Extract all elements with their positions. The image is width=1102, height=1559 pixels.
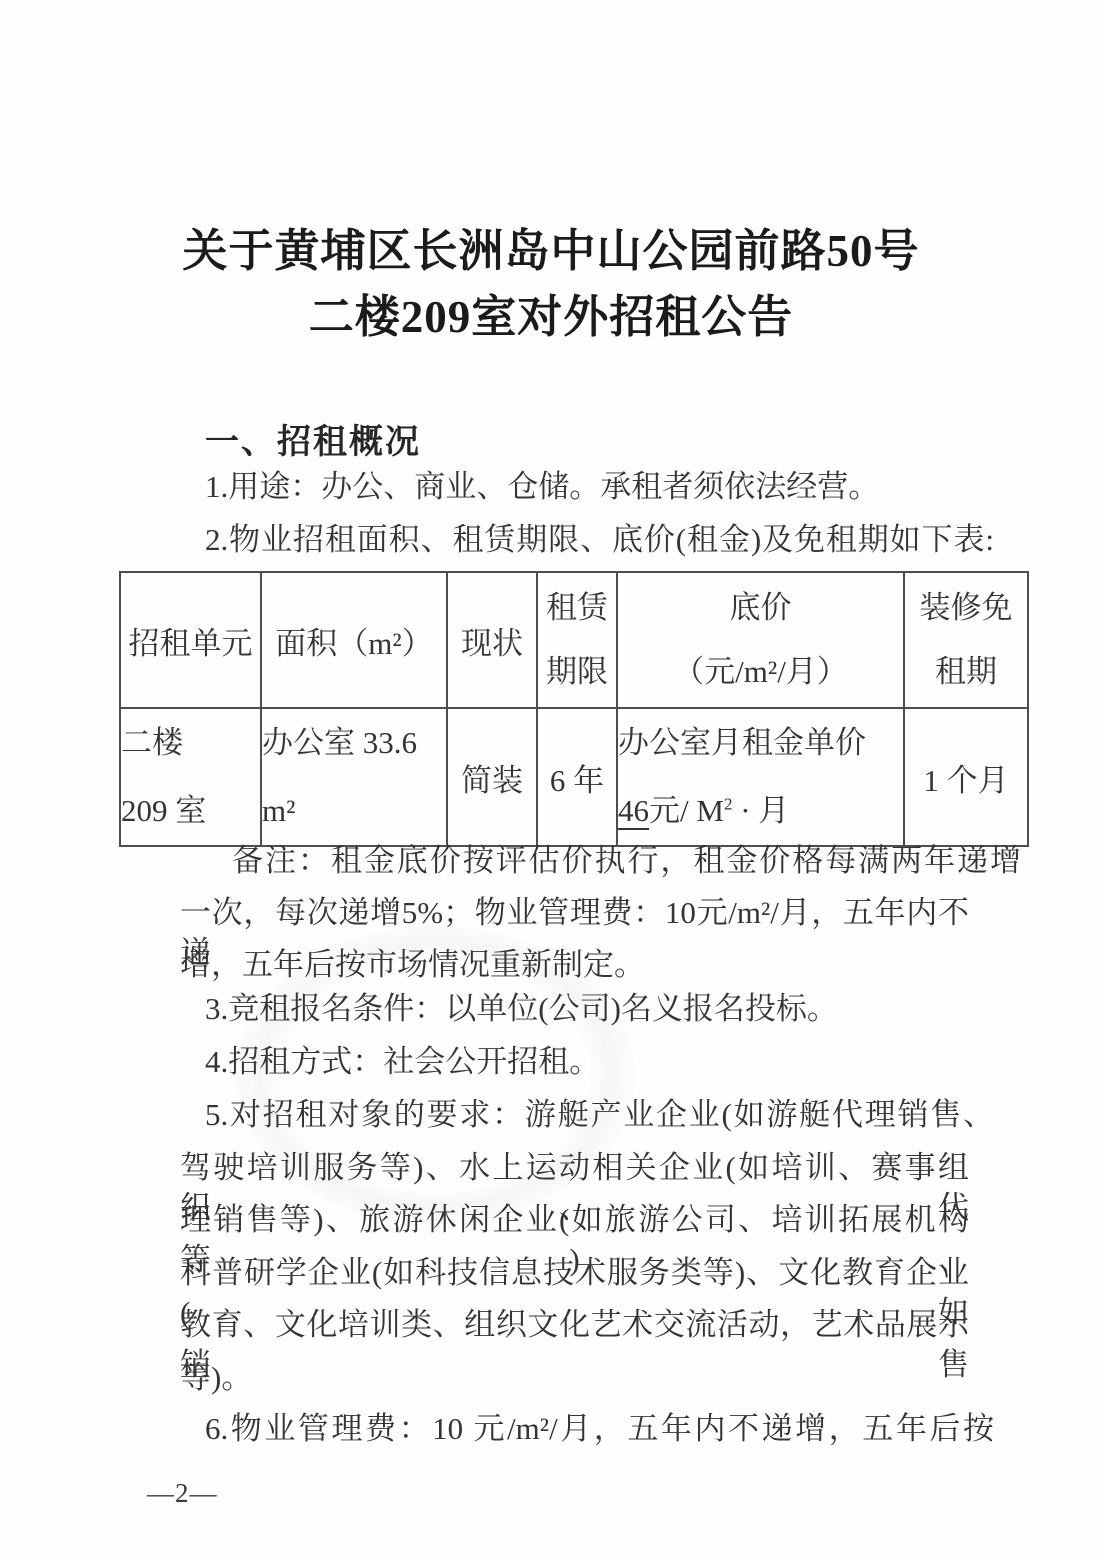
document-title: 关于黄埔区长洲岛中山公园前路50号 二楼209室对外招租公告 xyxy=(0,218,1102,350)
header-base-price: 底价 （元/m²/月） xyxy=(617,572,904,708)
header-lease-term-line-2: 期限 xyxy=(538,640,616,704)
rental-info-table: 招租单元 面积（m²） 现状 租赁 期限 底价 （元/m²/月） 装修免 租期 … xyxy=(119,571,1029,847)
title-line-2: 二楼209室对外招租公告 xyxy=(0,284,1102,350)
paragraph-bidder-condition: 3.竞租报名条件：以单位(公司)名义报名投标。 xyxy=(180,989,994,1029)
paragraph-usage: 1.用途：办公、商业、仓储。承租者须依法经营。 xyxy=(180,467,994,507)
page-number: —2— xyxy=(147,1478,218,1509)
cell-rental-unit-line-1: 二楼 xyxy=(121,709,260,777)
cell-rent-free: 1 个月 xyxy=(904,708,1028,846)
price-unit-text: 元/ M xyxy=(649,793,724,828)
cell-base-price-line-2: 46元/ M2 · 月 xyxy=(618,777,903,845)
price-unit-tail: · 月 xyxy=(732,793,789,828)
header-condition: 现状 xyxy=(447,572,537,708)
header-lease-term-line-1: 租赁 xyxy=(538,576,616,640)
paragraph-table-intro: 2.物业招租面积、租赁期限、底价(租金)及免租期如下表: xyxy=(180,520,994,560)
table-header-row: 招租单元 面积（m²） 现状 租赁 期限 底价 （元/m²/月） 装修免 租期 xyxy=(120,572,1028,708)
header-rent-free-period: 装修免 租期 xyxy=(904,572,1028,708)
price-value-underlined: 46 xyxy=(618,793,649,828)
paragraph-management-fee: 6.物业管理费：10 元/m²/月，五年内不递增，五年后按 xyxy=(180,1409,994,1449)
cell-rental-unit-line-2: 209 室 xyxy=(121,777,260,845)
cell-rental-unit: 二楼 209 室 xyxy=(120,708,261,846)
cell-condition: 简装 xyxy=(447,708,537,846)
cell-lease-term: 6 年 xyxy=(537,708,617,846)
header-rent-free-line-2: 租期 xyxy=(905,640,1027,704)
paragraph-target-line-1: 5.对招租对象的要求：游艇产业企业(如游艇代理销售、 xyxy=(180,1095,994,1135)
cell-area: 办公室 33.6 m² xyxy=(261,708,447,846)
header-base-price-line-2: （元/m²/月） xyxy=(618,640,903,704)
paragraph-target-line-6: 等)。 xyxy=(180,1358,969,1398)
header-rent-free-line-1: 装修免 xyxy=(905,576,1027,640)
table-data-row: 二楼 209 室 办公室 33.6 m² 简装 6 年 办公室月租金单价 46元… xyxy=(120,708,1028,846)
cell-base-price: 办公室月租金单价 46元/ M2 · 月 xyxy=(617,708,904,846)
header-lease-term: 租赁 期限 xyxy=(537,572,617,708)
header-base-price-line-1: 底价 xyxy=(618,576,903,640)
note-line-3: 增，五年后按市场情况重新制定。 xyxy=(180,945,969,985)
document-page: 关于黄埔区长洲岛中山公园前路50号 二楼209室对外招租公告 一、招租概况 1.… xyxy=(0,0,1102,1559)
section-heading: 一、招租概况 xyxy=(205,414,421,463)
header-area: 面积（m²） xyxy=(261,572,447,708)
title-line-1: 关于黄埔区长洲岛中山公园前路50号 xyxy=(0,218,1102,284)
header-rental-unit: 招租单元 xyxy=(120,572,261,708)
cell-base-price-line-1: 办公室月租金单价 xyxy=(618,709,903,777)
note-line-1: 备注：租金底价按评估价执行，租金价格每满两年递增 xyxy=(180,841,1021,881)
cell-area-line-1: 办公室 33.6 xyxy=(262,709,446,777)
cell-area-line-2: m² xyxy=(262,777,446,845)
paragraph-rental-method: 4.招租方式：社会公开招租。 xyxy=(180,1042,994,1082)
